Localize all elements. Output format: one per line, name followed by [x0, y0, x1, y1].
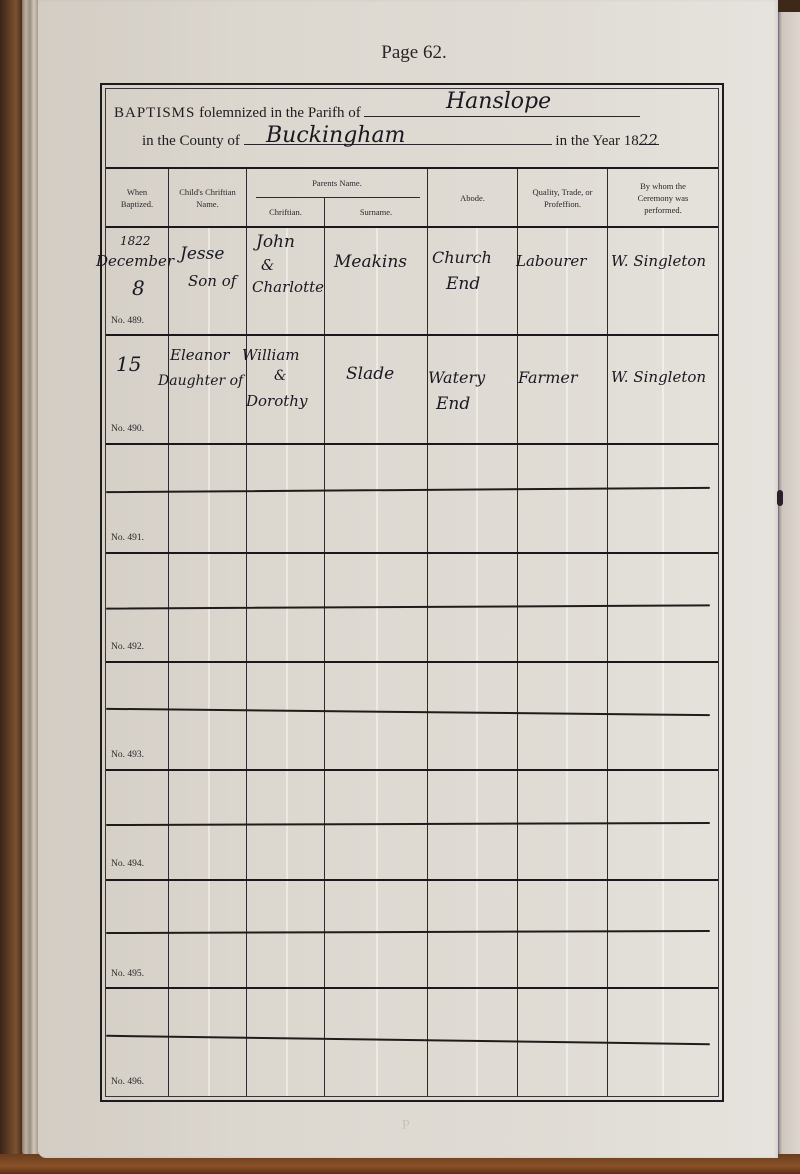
child-relation: Daughter of	[158, 370, 248, 392]
mother-name: Dorothy	[246, 392, 307, 410]
surname: Meakins	[334, 252, 407, 272]
entry-row-empty: No. 492.	[106, 554, 718, 661]
pencil-guide-line	[106, 1035, 710, 1045]
page-number: Page 62.	[0, 42, 800, 64]
col-by-whom: By whom the Ceremony was performed.	[608, 169, 718, 226]
entry-month: December	[96, 252, 174, 270]
entry-row-empty: No. 494.	[106, 771, 718, 879]
child-name: Eleanor	[170, 346, 229, 364]
abode-line-2: End	[446, 274, 480, 294]
parish-value: Hanslope	[446, 89, 551, 114]
entry-number: No. 489.	[111, 316, 144, 326]
year-label: in the Year 18	[555, 133, 638, 149]
register-frame: BAPTISMS folemnized in the Parifh of Han…	[100, 83, 724, 1102]
surname: Slade	[346, 364, 394, 384]
pencil-guide-line	[106, 822, 710, 826]
entry-row-empty: No. 491.	[106, 445, 718, 552]
register-table: BAPTISMS folemnized in the Parifh of Han…	[105, 88, 719, 1097]
officiant: W. Singleton	[611, 252, 706, 270]
printer-mark: P	[402, 1118, 410, 1134]
entry-row: 15 Eleanor Daughter of William & Dorothy…	[106, 336, 718, 443]
abode-line-1: Church	[432, 248, 492, 267]
column-header-row: When Baptized. Child's Chriftian Name. P…	[106, 169, 718, 226]
pencil-guide-line	[106, 487, 710, 493]
col-parents-surname: Surname.	[325, 198, 427, 226]
abode-line-1: Watery	[428, 368, 485, 387]
entry-number: No. 495.	[111, 969, 144, 979]
col-abode: Abode.	[428, 169, 517, 226]
parents-conjunction: &	[274, 368, 286, 384]
entry-row-empty: No. 496.	[106, 989, 718, 1099]
quality-value: Farmer	[518, 368, 578, 387]
col-parents-christian: Chriftian.	[247, 198, 324, 226]
parents-sub-divider	[324, 198, 325, 226]
child-relation: Son of	[188, 270, 238, 292]
entry-number: No. 492.	[111, 642, 144, 652]
county-label: in the County of	[142, 133, 240, 149]
pencil-guide-line	[106, 930, 710, 934]
father-name: John	[256, 232, 295, 252]
entry-day: 15	[116, 352, 141, 376]
quality-value: Labourer	[516, 252, 586, 270]
col-child-name: Child's Chriftian Name.	[169, 169, 246, 226]
page-tear	[777, 490, 783, 506]
header-line-1: BAPTISMS folemnized in the Parifh of	[114, 103, 640, 122]
officiant: W. Singleton	[611, 368, 706, 386]
col-parents-name: Parents Name.	[247, 169, 427, 197]
mother-name: Charlotte	[252, 278, 324, 296]
pencil-guide-line	[106, 708, 710, 716]
entry-number: No. 494.	[111, 859, 144, 869]
baptisms-heading: BAPTISMS	[114, 105, 195, 121]
col-when-baptized: When Baptized.	[106, 169, 168, 226]
entry-year: 1822	[120, 234, 151, 248]
solemnized-text: folemnized in the Parifh of	[199, 105, 361, 121]
year-suffix: 22	[639, 131, 659, 145]
entry-row-empty: No. 495.	[106, 881, 718, 987]
entry-number: No. 496.	[111, 1077, 144, 1087]
entry-row-empty: No. 493.	[106, 663, 718, 769]
parents-conjunction: &	[261, 256, 274, 274]
entry-day: 8	[132, 276, 145, 300]
entry-number: No. 491.	[111, 533, 144, 543]
next-page-edge	[778, 12, 800, 1162]
entry-number: No. 490.	[111, 424, 144, 434]
pencil-guide-line	[106, 604, 710, 609]
entry-row: 1822 December 8 Jesse Son of John & Char…	[106, 228, 718, 334]
entry-number: No. 493.	[111, 750, 144, 760]
register-header: BAPTISMS folemnized in the Parifh of Han…	[106, 89, 718, 167]
county-value: Buckingham	[266, 123, 405, 148]
father-name: William	[242, 346, 300, 364]
abode-line-2: End	[436, 394, 470, 414]
col-quality: Quality, Trade, or Profeffion.	[518, 169, 607, 226]
child-name: Jesse	[180, 244, 224, 264]
